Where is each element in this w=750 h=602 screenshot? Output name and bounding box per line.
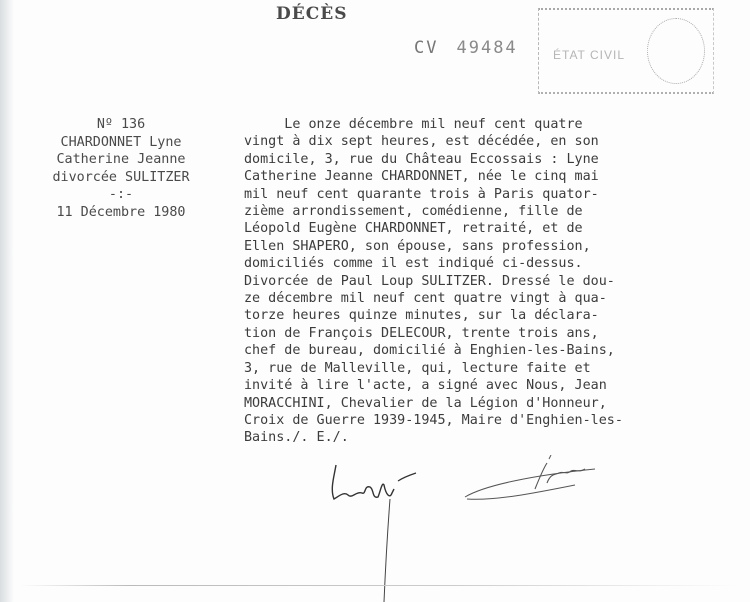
act-line: domicile, 3, rue du Château Eccossais : … [244,151,744,168]
deceased-given-names-line: Catherine Jeanne [2,151,240,169]
signature-mayor [455,455,605,505]
act-line: Ellen SHAPERO, son épouse, sans professi… [244,238,744,255]
act-line: torze heures quinze minutes, sur la décl… [244,307,744,324]
act-line: MORACCHINI, Chevalier de la Légion d'Hon… [244,395,744,412]
reference-number: CV49484 [414,38,518,58]
separator: -:- [2,186,240,204]
seal-icon [647,18,705,84]
signature-declarant [320,455,440,602]
act-line: Catherine Jeanne CHARDONNET, née le cinq… [244,168,744,185]
act-line: Bains./. E./. [244,429,744,446]
act-line: zième arrondissement, comédienne, fille … [244,203,744,220]
act-line: chef de bureau, domicilié à Enghien-les-… [244,342,744,359]
act-body: Le onze décembre mil neuf cent quatre vi… [244,116,744,447]
act-number: Nº 136 [2,116,240,134]
act-line: Léopold Eugène CHARDONNET, retraité, et … [244,220,744,237]
act-line: domiciliés comme il est indiqué ci-dessu… [244,255,744,272]
act-line: tion de François DELECOUR, trente trois … [244,325,744,342]
etat-civil-stamp: ÉTAT CIVIL [538,8,714,94]
act-line: ze décembre mil neuf cent quatre vingt à… [244,290,744,307]
stamp-text: ÉTAT CIVIL [553,48,625,62]
act-line: invité à lire l'acte, a signé avec Nous,… [244,377,744,394]
scan-edge-shadow [0,0,14,602]
reference-code: CV [414,38,438,58]
act-line: Le onze décembre mil neuf cent quatre [244,116,744,133]
act-line: 3, rue de Malleville, qui, lecture faite… [244,360,744,377]
act-line: Divorcée de Paul Loup SULITZER. Dressé l… [244,273,744,290]
act-line: Croix de Guerre 1939-1945, Maire d'Enghi… [244,412,744,429]
act-line: mil neuf cent quarante trois à Paris qua… [244,186,744,203]
margin-date: 11 Décembre 1980 [2,204,240,222]
reference-value: 49484 [456,38,517,58]
fold-line [20,585,740,586]
deceased-surname-line: CHARDONNET Lyne [2,134,240,152]
document-title: DÉCÈS [276,4,347,24]
act-line: vingt à dix sept heures, est décédée, en… [244,133,744,150]
marital-status-line: divorcée SULITZER [2,169,240,187]
margin-note: Nº 136 CHARDONNET Lyne Catherine Jeanne … [2,116,240,221]
